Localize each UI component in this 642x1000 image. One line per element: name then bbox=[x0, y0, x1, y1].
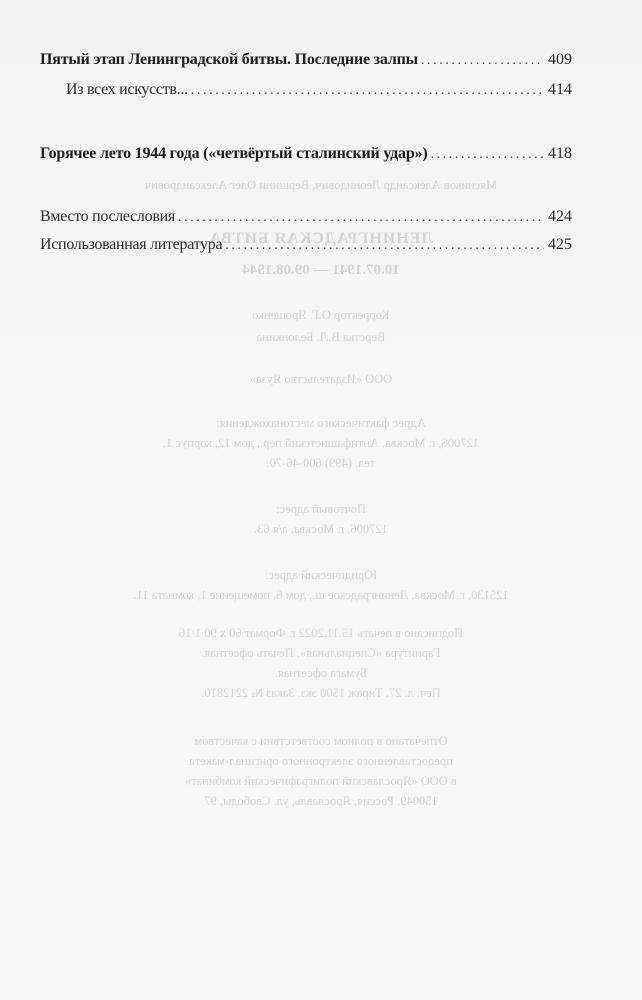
bleed-line: ООО «Издательство Яуза» bbox=[0, 372, 642, 387]
toc-dot-leader bbox=[225, 236, 544, 256]
toc-entry[interactable]: Вместо послесловия 424 bbox=[40, 207, 572, 228]
toc-entry[interactable]: Использованная литература 425 bbox=[40, 235, 572, 256]
bleed-line: Бумага офсетная. bbox=[0, 666, 642, 681]
bleed-line: Адрес фактического местонахождения: bbox=[0, 416, 642, 431]
toc-entry-title: Вместо послесловия bbox=[40, 207, 175, 227]
toc-dot-leader bbox=[191, 81, 544, 101]
bleed-line: Мясников Александр Леонидович, Вершини О… bbox=[0, 178, 642, 193]
toc-entry-title: Горячее лето 1944 года («четвёртый стали… bbox=[40, 144, 427, 164]
bleed-line: Подписано в печать 15.11.2022 г. Формат … bbox=[0, 626, 642, 641]
bleed-line: Печ. л. 27. Тираж 1500 экз. Заказ № 2212… bbox=[0, 686, 642, 701]
toc-page-number: 409 bbox=[548, 50, 572, 70]
toc-entry-title: Из всех искусств... bbox=[66, 80, 188, 100]
book-page: Мясников Александр Леонидович, Вершини О… bbox=[0, 0, 642, 1000]
bleed-line: предоставленного электронного оригинал-м… bbox=[0, 754, 642, 769]
toc-entry-title: Пятый этап Ленинградской битвы. Последни… bbox=[40, 50, 418, 70]
bleed-line: Верстка В.Л. Белонкина bbox=[0, 330, 642, 345]
toc-page-number: 418 bbox=[548, 144, 572, 164]
toc-dot-leader bbox=[430, 145, 544, 165]
bleed-line: 127006, г. Москва, а/я 63. bbox=[0, 522, 642, 537]
bleed-line: Юридический адрес: bbox=[0, 568, 642, 583]
bleed-line: 10.07.1941 — 09.08.1944 bbox=[0, 262, 642, 279]
toc-entry[interactable]: Горячее лето 1944 года («четвёртый стали… bbox=[40, 144, 572, 165]
bleed-line: Почтовый адрес: bbox=[0, 502, 642, 517]
bleed-line: в ООО «Ярославский полиграфический комби… bbox=[0, 774, 642, 789]
toc-dot-leader bbox=[421, 51, 544, 71]
bleed-line: 125130, г. Москва, Ленинградское ш., дом… bbox=[0, 588, 642, 603]
bleed-line: Гарнитура «Специальная». Печать офсетная… bbox=[0, 646, 642, 661]
toc-page-number: 424 bbox=[548, 207, 572, 227]
bleed-line: Корректор О.Г. Ярошенко bbox=[0, 308, 642, 323]
toc-entry[interactable]: Из всех искусств... 414 bbox=[40, 80, 572, 101]
toc-entry-title: Использованная литература bbox=[40, 235, 222, 255]
bleed-line: 127006, г. Москва, Антифашистский пер., … bbox=[0, 436, 642, 451]
bleed-line: Отпечатано в полном соответствии с качес… bbox=[0, 734, 642, 749]
bleed-line: 150049, Россия, Ярославль, ул. Свободы, … bbox=[0, 794, 642, 809]
toc-entry[interactable]: Пятый этап Ленинградской битвы. Последни… bbox=[40, 50, 572, 71]
toc-dot-leader bbox=[178, 208, 544, 228]
toc-page-number: 425 bbox=[548, 235, 572, 255]
toc-page-number: 414 bbox=[548, 80, 572, 100]
bleed-line: тел. (499) 600-46-70. bbox=[0, 456, 642, 471]
